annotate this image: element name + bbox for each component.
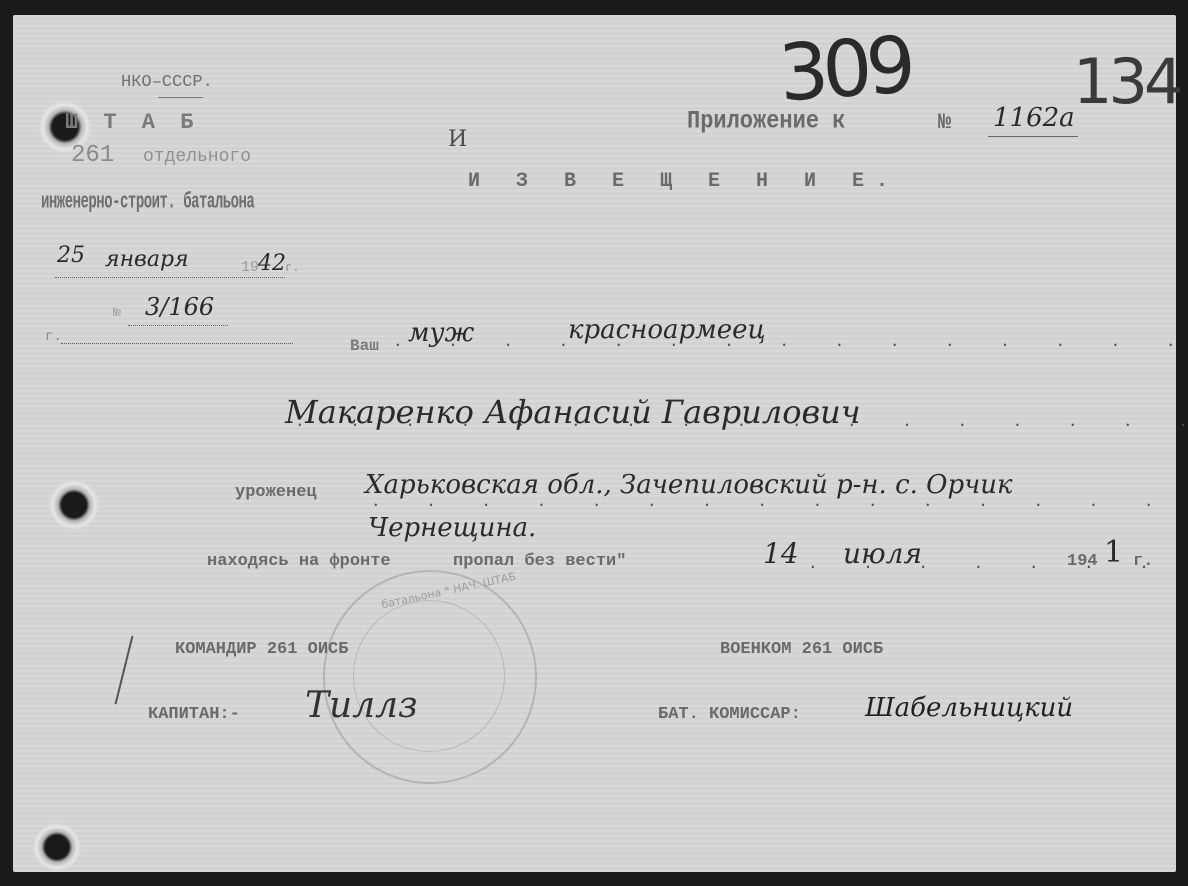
punch-hole-middle [49, 480, 99, 530]
commissar-title: ВОЕНКОМ 261 ОИСБ [720, 640, 883, 659]
annex-number-sign: № [938, 110, 951, 135]
doc-number: 3/166 [145, 293, 214, 321]
official-stamp: батальона * НАЧ. ШТАБ [323, 570, 537, 784]
date-day: 25 [57, 243, 85, 268]
date-suffix: г. [285, 261, 299, 275]
missing-year-printed: 194 [1067, 552, 1098, 571]
missing-year-hand: 1 [1104, 535, 1123, 570]
birthplace-line2: Чернещина. [368, 513, 536, 543]
date-month: января [105, 247, 189, 272]
body-line2-dots: . . . . . . . . . . . . . . . . . . . . … [295, 413, 1188, 431]
missing-day: 14 [763, 537, 799, 570]
body-your-label: Ваш [350, 337, 379, 355]
body-line1-dots: . . . . . . . . . . . . . . . . . . . . … [393, 333, 1188, 351]
born-label: уроженец [235, 483, 317, 502]
document-paper: НКО–СССР. Ш Т А Б 261 отдельного инженер… [13, 15, 1176, 872]
unit-line1: отдельного [143, 147, 251, 167]
doc-number-prefix: № [113, 305, 121, 320]
stamp-inner-ring [353, 600, 505, 752]
commissar-signature: Шабельницкий [865, 693, 1073, 723]
punch-hole-bottom [33, 823, 81, 871]
doc-number-underline [128, 325, 228, 326]
date-year-hand: 42 [258, 251, 286, 276]
at-front-text: находясь на фронте [207, 552, 391, 571]
date-year-printed: 19 [241, 259, 259, 276]
margin-mark: И [448, 127, 467, 152]
unit-number: 261 [71, 142, 114, 169]
org-header: НКО–СССР. [121, 73, 213, 92]
commissar-rank: БАТ. КОМИССАР: [658, 705, 801, 724]
date-underline [55, 277, 285, 278]
commander-signature: Тиллз [305, 685, 418, 726]
commander-rank: КАПИТАН:- [148, 705, 240, 724]
margin-pencil-stroke [115, 636, 134, 704]
body-line3-dots: . . . . . . . . . . . . . . . . . . . . … [371, 493, 1188, 511]
archive-number-large: 309 [776, 21, 913, 120]
org-underline [158, 97, 203, 98]
shtab-heading: Ш Т А Б [65, 110, 199, 135]
city-underline [61, 343, 293, 344]
missing-text: пропал без вести" [453, 552, 626, 571]
missing-year-suffix: г. [1133, 552, 1153, 571]
archive-page-number: 134 [1073, 45, 1179, 118]
document-title: И З В Е Щ Е Н И Е. [468, 170, 900, 193]
annex-underline [988, 136, 1078, 137]
annex-number: 1162а [993, 103, 1075, 133]
commander-title: КОМАНДИР 261 ОИСБ [175, 640, 348, 659]
city-prefix: г. [45, 329, 62, 345]
unit-line2: инженерно-строит. батальона [41, 190, 254, 216]
